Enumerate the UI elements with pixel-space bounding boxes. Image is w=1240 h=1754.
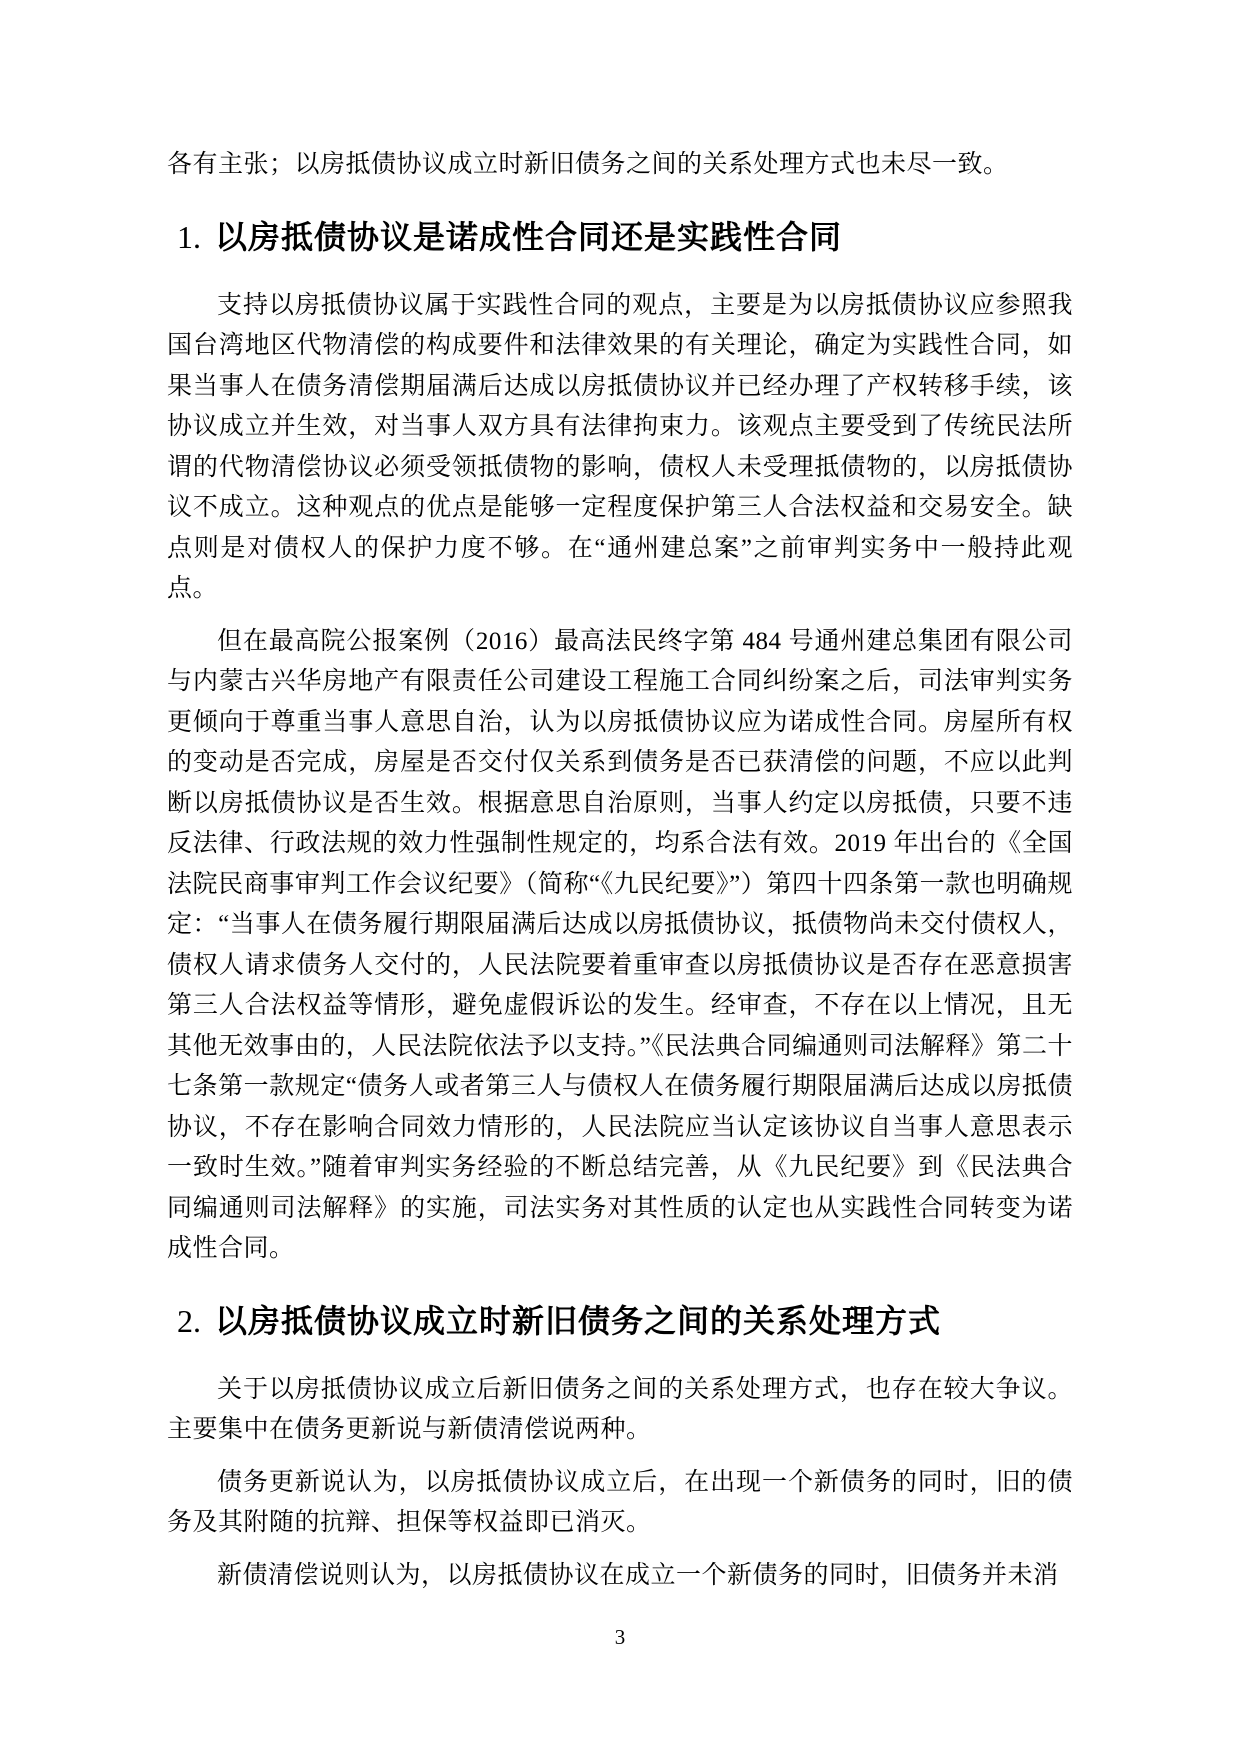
section-1-title: 以房抵债协议是诺成性合同还是实践性合同 [215,219,842,255]
continuation-paragraph: 各有主张；以房抵债协议成立时新旧债务之间的关系处理方式也未尽一致。 [167,145,1073,186]
document-page: 各有主张；以房抵债协议成立时新旧债务之间的关系处理方式也未尽一致。 1.以房抵债… [0,0,1240,1754]
section-2-number: 2. [177,1303,201,1339]
section-2-paragraph-3: 新债清偿说则认为，以房抵债协议在成立一个新债务的同时，旧债务并未消 [167,1556,1073,1597]
page-number: 3 [0,1624,1240,1650]
section-1-number: 1. [177,219,201,255]
section-1-paragraph-1: 支持以房抵债协议属于实践性合同的观点，主要是为以房抵债协议应参照我国台湾地区代物… [167,286,1073,610]
section-2-paragraph-1: 关于以房抵债协议成立后新旧债务之间的关系处理方式，也存在较大争议。主要集中在债务… [167,1370,1073,1451]
section-2-paragraph-2: 债务更新说认为，以房抵债协议成立后，在出现一个新债务的同时，旧的债务及其附随的抗… [167,1463,1073,1544]
section-1-paragraph-2: 但在最高院公报案例（2016）最高法民终字第 484 号通州建总集团有限公司与内… [167,622,1073,1270]
section-2-heading: 2.以房抵债协议成立时新旧债务之间的关系处理方式 [167,1299,1073,1343]
section-2-title: 以房抵债协议成立时新旧债务之间的关系处理方式 [215,1303,941,1339]
section-1-heading: 1.以房抵债协议是诺成性合同还是实践性合同 [167,215,1073,259]
